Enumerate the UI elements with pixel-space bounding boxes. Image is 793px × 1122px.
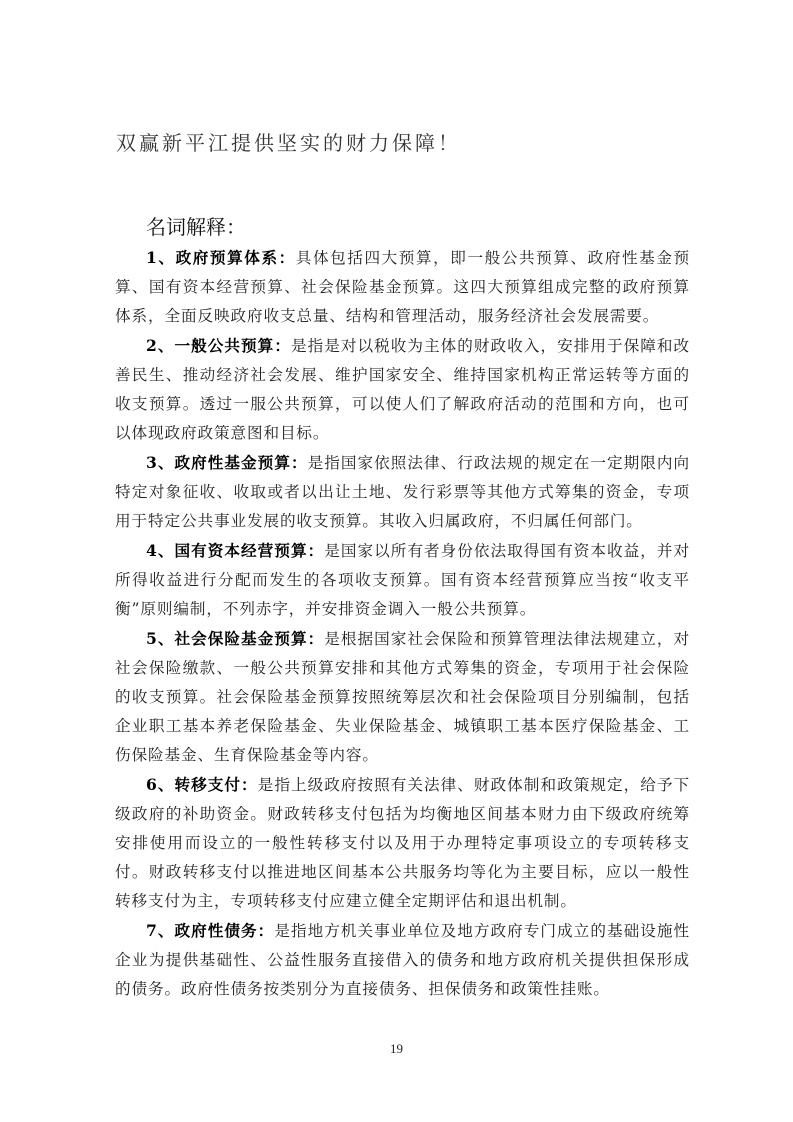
lead-line: 双赢新平江提供坚实的财力保障！ [116, 127, 461, 156]
definition-term: 7、政府性债务： [146, 921, 274, 940]
definition-term: 2、一般公共预算： [146, 336, 291, 355]
section-heading: 名词解释： [146, 211, 246, 240]
definition-2: 2、一般公共预算：是指是对以税收为主体的财政收入，安排用于保障和改善民生、推动经… [115, 331, 690, 448]
page-number: 19 [0, 1041, 793, 1057]
definition-text: 是指上级政府按照有关法律、财政体制和政策规定，给予下级政府的补助资金。财政转移支… [115, 776, 690, 910]
definition-term: 6、转移支付： [146, 775, 258, 794]
definition-term: 5、社会保险基金预算： [146, 629, 324, 648]
definition-7: 7、政府性债务：是指地方机关事业单位及地方政府专门成立的基础设施性企业为提供基础… [115, 916, 690, 1004]
definition-text: 是根据国家社会保险和预算管理法律法规建立，对社会保险缴款、一般公共预算安排和其他… [115, 630, 690, 764]
definition-term: 1、政府预算体系： [146, 248, 296, 267]
definition-3: 3、政府性基金预算：是指国家依照法律、行政法规的规定在一定期限内向特定对象征收、… [115, 448, 690, 536]
definition-1: 1、政府预算体系：具体包括四大预算，即一般公共预算、政府性基金预算、国有资本经营… [115, 243, 690, 331]
definition-term: 3、政府性基金预算： [146, 453, 308, 472]
definition-5: 5、社会保险基金预算：是根据国家社会保险和预算管理法律法规建立，对社会保险缴款、… [115, 624, 690, 770]
document-page: 双赢新平江提供坚实的财力保障！ 名词解释： 1、政府预算体系：具体包括四大预算，… [0, 0, 793, 1122]
definition-4: 4、国有资本经营预算：是国家以所有者身份依法取得国有资本收益，并对所得收益进行分… [115, 536, 690, 624]
definition-term: 4、国有资本经营预算： [146, 541, 324, 560]
definitions-list: 1、政府预算体系：具体包括四大预算，即一般公共预算、政府性基金预算、国有资本经营… [115, 243, 690, 1004]
definition-6: 6、转移支付：是指上级政府按照有关法律、财政体制和政策规定，给予下级政府的补助资… [115, 770, 690, 916]
